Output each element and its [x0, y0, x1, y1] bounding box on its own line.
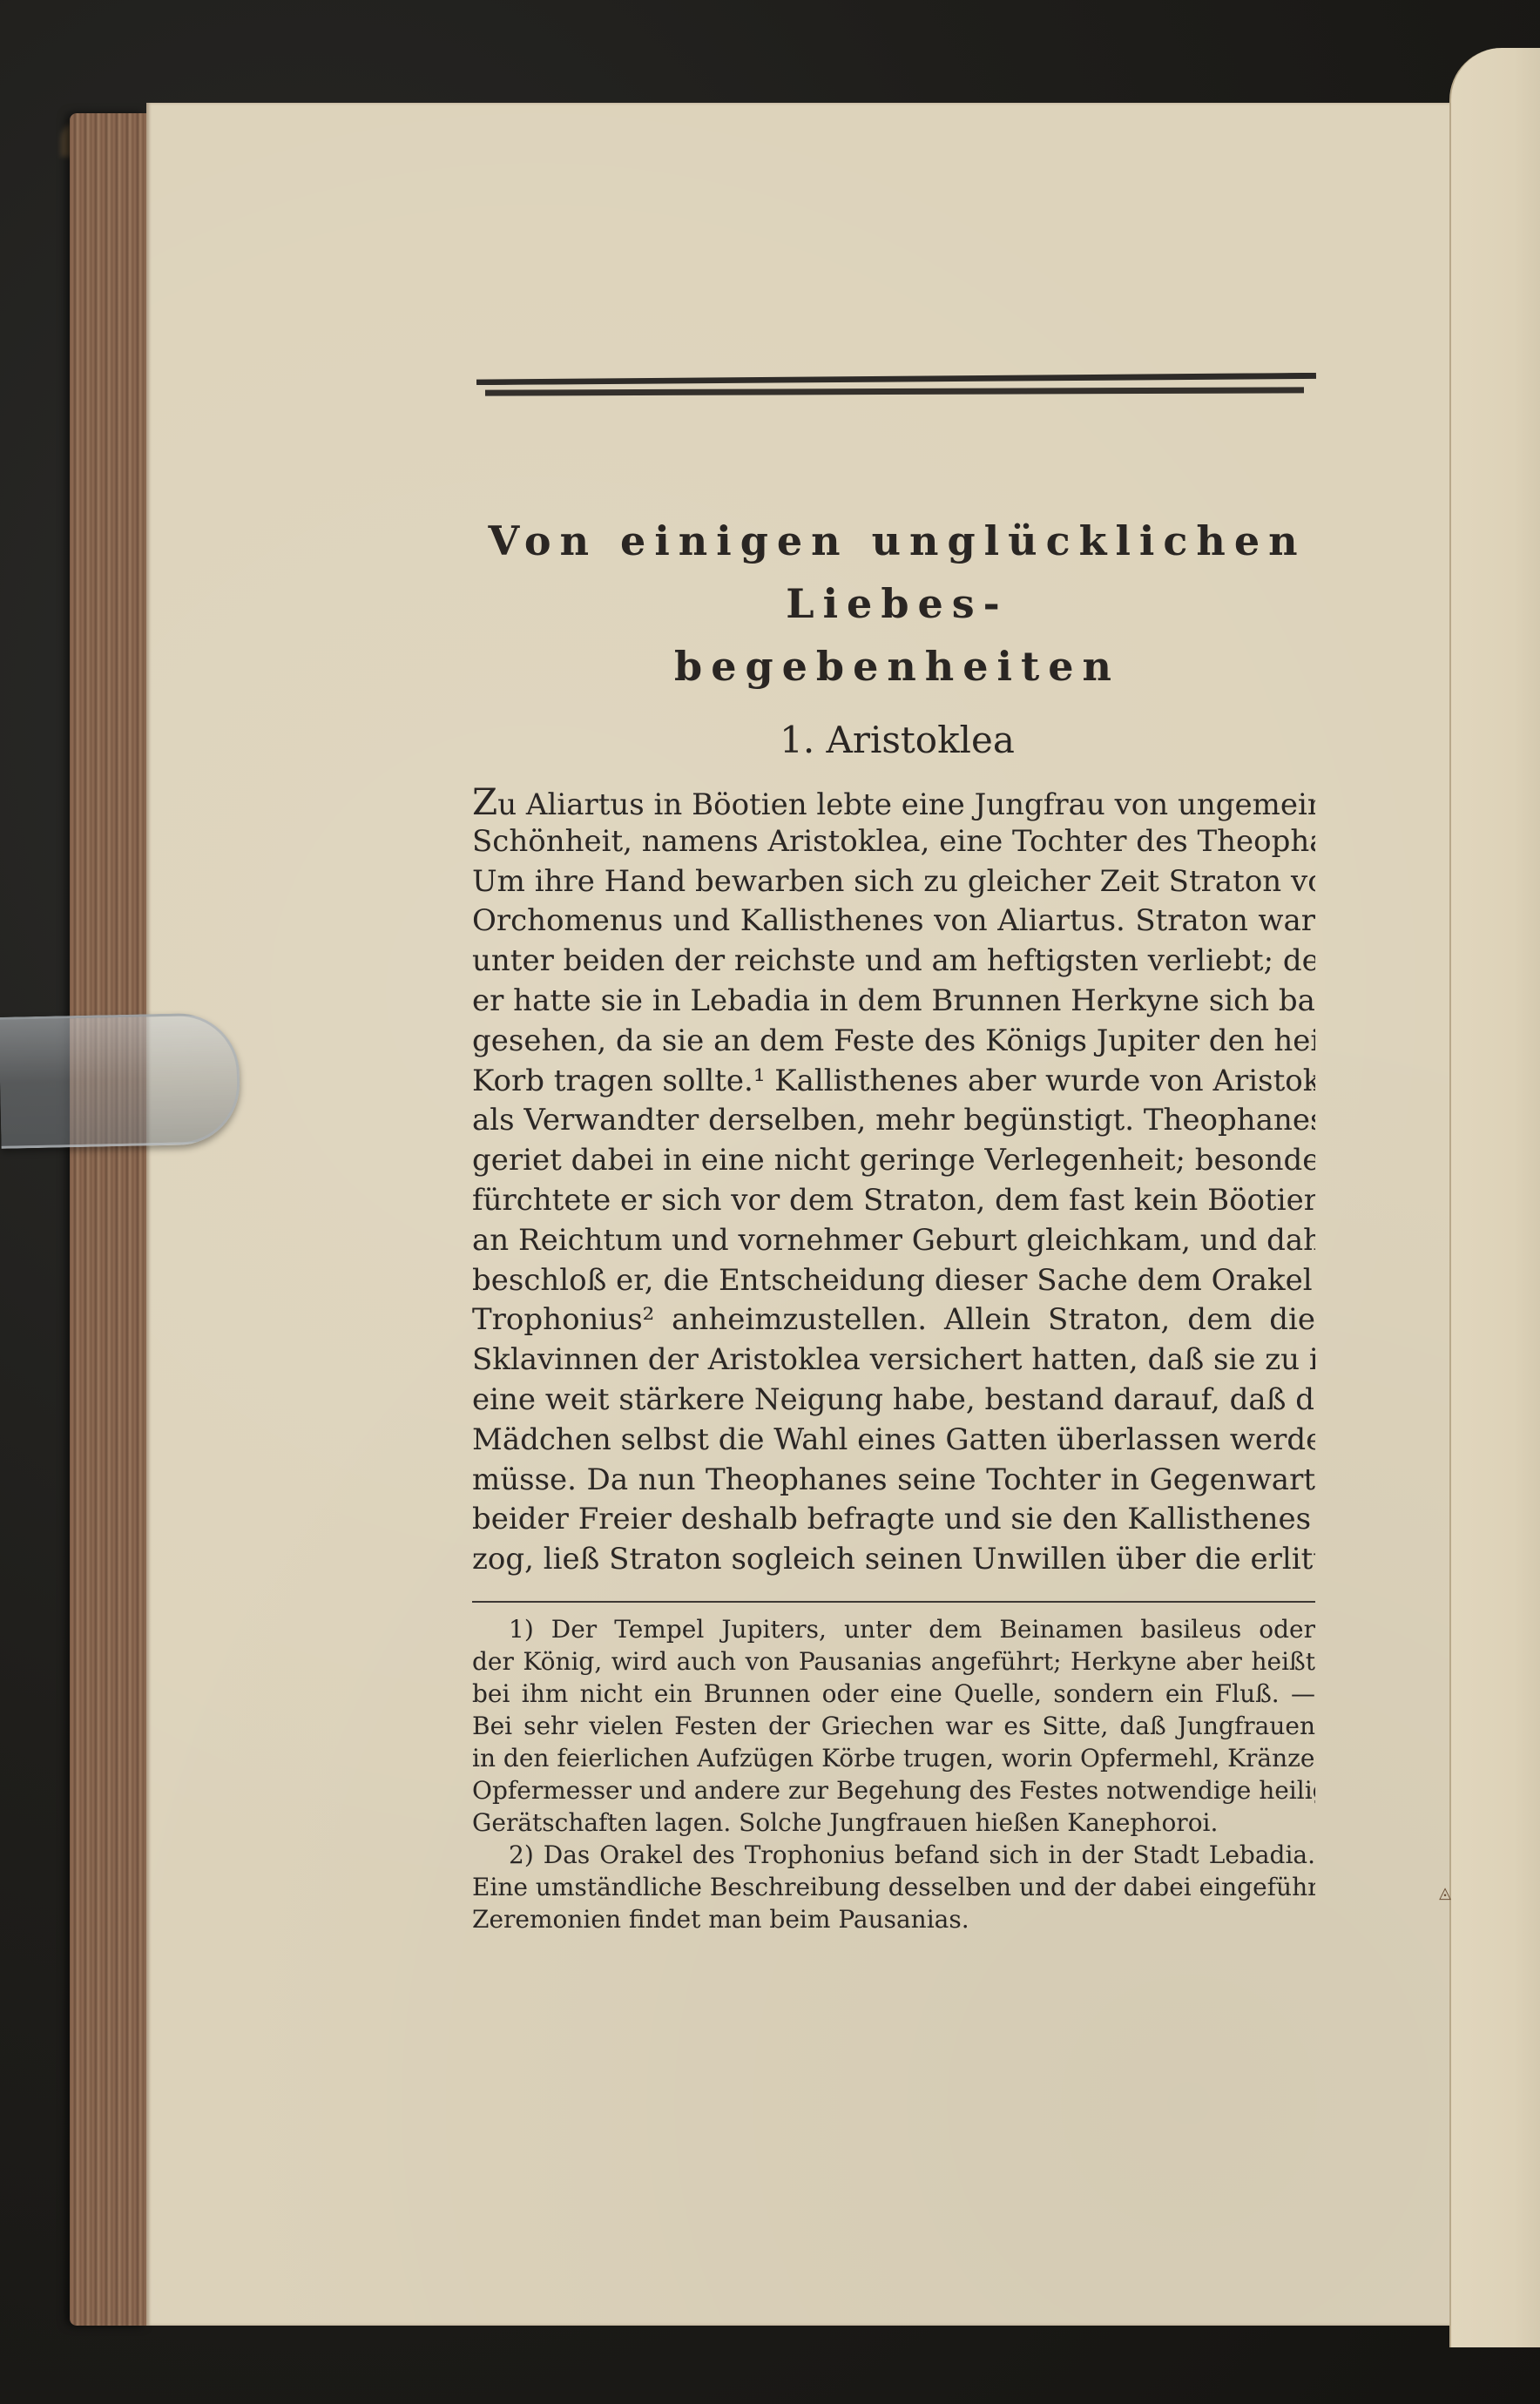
rule-thick-line: [476, 373, 1316, 385]
body-line: an Reichtum und vornehmer Geburt gleichk…: [472, 1221, 1315, 1261]
chapter-title-line-1: Von einigen unglücklichen Liebes-: [470, 510, 1324, 635]
footnote-line: Eine umständliche Beschreibung desselben…: [472, 1871, 1315, 1903]
body-line: eine weit stärkere Neigung habe, bestand…: [472, 1381, 1315, 1421]
body-line: Mädchen selbst die Wahl eines Gatten übe…: [472, 1421, 1315, 1461]
footnote-2: 2) Das Orakel des Trophonius befand sich…: [472, 1839, 1315, 1935]
body-line: unter beiden der reichste und am heftigs…: [472, 942, 1315, 982]
body-line: beider Freier deshalb befragte und sie d…: [472, 1500, 1315, 1540]
footnote-line: Bei sehr vielen Festen der Griechen war …: [472, 1710, 1315, 1742]
footnotes: 1) Der Tempel Jupiters, unter dem Beinam…: [472, 1613, 1315, 1935]
body-line: Um ihre Hand bewarben sich zu gleicher Z…: [472, 862, 1315, 902]
footnote-line: Opfermesser und andere zur Begehung des …: [472, 1774, 1315, 1806]
decorative-double-rule: [476, 371, 1316, 406]
body-line: zog, ließ Straton sogleich seinen Unwill…: [472, 1540, 1315, 1580]
body-line: als Verwandter derselben, mehr begünstig…: [472, 1101, 1315, 1141]
footnote-line: Gerätschaften lagen. Solche Jungfrauen h…: [472, 1806, 1315, 1839]
footnote-line: in den feierlichen Aufzügen Körbe trugen…: [472, 1742, 1315, 1774]
page-tear-icon: ◬: [1439, 1884, 1451, 1903]
chapter-title: Von einigen unglücklichen Liebes- begebe…: [470, 510, 1324, 698]
body-paragraph: Zu Aliartus in Böotien lebte eine Jungfr…: [472, 782, 1315, 1580]
rule-thin-line: [485, 387, 1304, 395]
footnote-line: bei ihm nicht ein Brunnen oder eine Quel…: [472, 1678, 1315, 1710]
footnote-line: der König, wird auch von Pausanias angef…: [472, 1645, 1315, 1678]
body-line: fürchtete er sich vor dem Straton, dem f…: [472, 1181, 1315, 1221]
body-line: Sklavinnen der Aristoklea versichert hat…: [472, 1340, 1315, 1381]
chapter-title-line-2: begebenheiten: [470, 635, 1324, 698]
body-line: er hatte sie in Lebadia in dem Brunnen H…: [472, 982, 1315, 1022]
footnote-line: 2) Das Orakel des Trophonius befand sich…: [472, 1839, 1315, 1871]
body-line: geriet dabei in eine nicht geringe Verle…: [472, 1141, 1315, 1181]
footnote-line: Zeremonien findet man beim Pausanias.: [472, 1903, 1315, 1935]
body-line: gesehen, da sie an dem Feste des Königs …: [472, 1022, 1315, 1062]
section-heading: 1. Aristoklea: [470, 714, 1324, 766]
page-holder-spatula: [0, 1012, 241, 1149]
body-line: Zu Aliartus in Böotien lebte eine Jungfr…: [472, 782, 1315, 822]
footnote-1: 1) Der Tempel Jupiters, unter dem Beinam…: [472, 1613, 1315, 1839]
body-line: Orchomenus und Kallisthenes von Aliartus…: [472, 901, 1315, 942]
body-line: Korb tragen sollte.¹ Kallisthenes aber w…: [472, 1062, 1315, 1102]
book-fore-edge: [70, 113, 146, 2326]
body-line: Trophonius² anheimzustellen. Allein Stra…: [472, 1300, 1315, 1340]
body-line: Schönheit, namens Aristoklea, eine Tocht…: [472, 822, 1315, 862]
body-line: beschloß er, die Entscheidung dieser Sac…: [472, 1261, 1315, 1301]
footnote-line: 1) Der Tempel Jupiters, unter dem Beinam…: [472, 1613, 1315, 1645]
body-line: müsse. Da nun Theophanes seine Tochter i…: [472, 1461, 1315, 1501]
footnote-separator-rule: [472, 1601, 1315, 1603]
facing-page: [1449, 48, 1540, 2347]
